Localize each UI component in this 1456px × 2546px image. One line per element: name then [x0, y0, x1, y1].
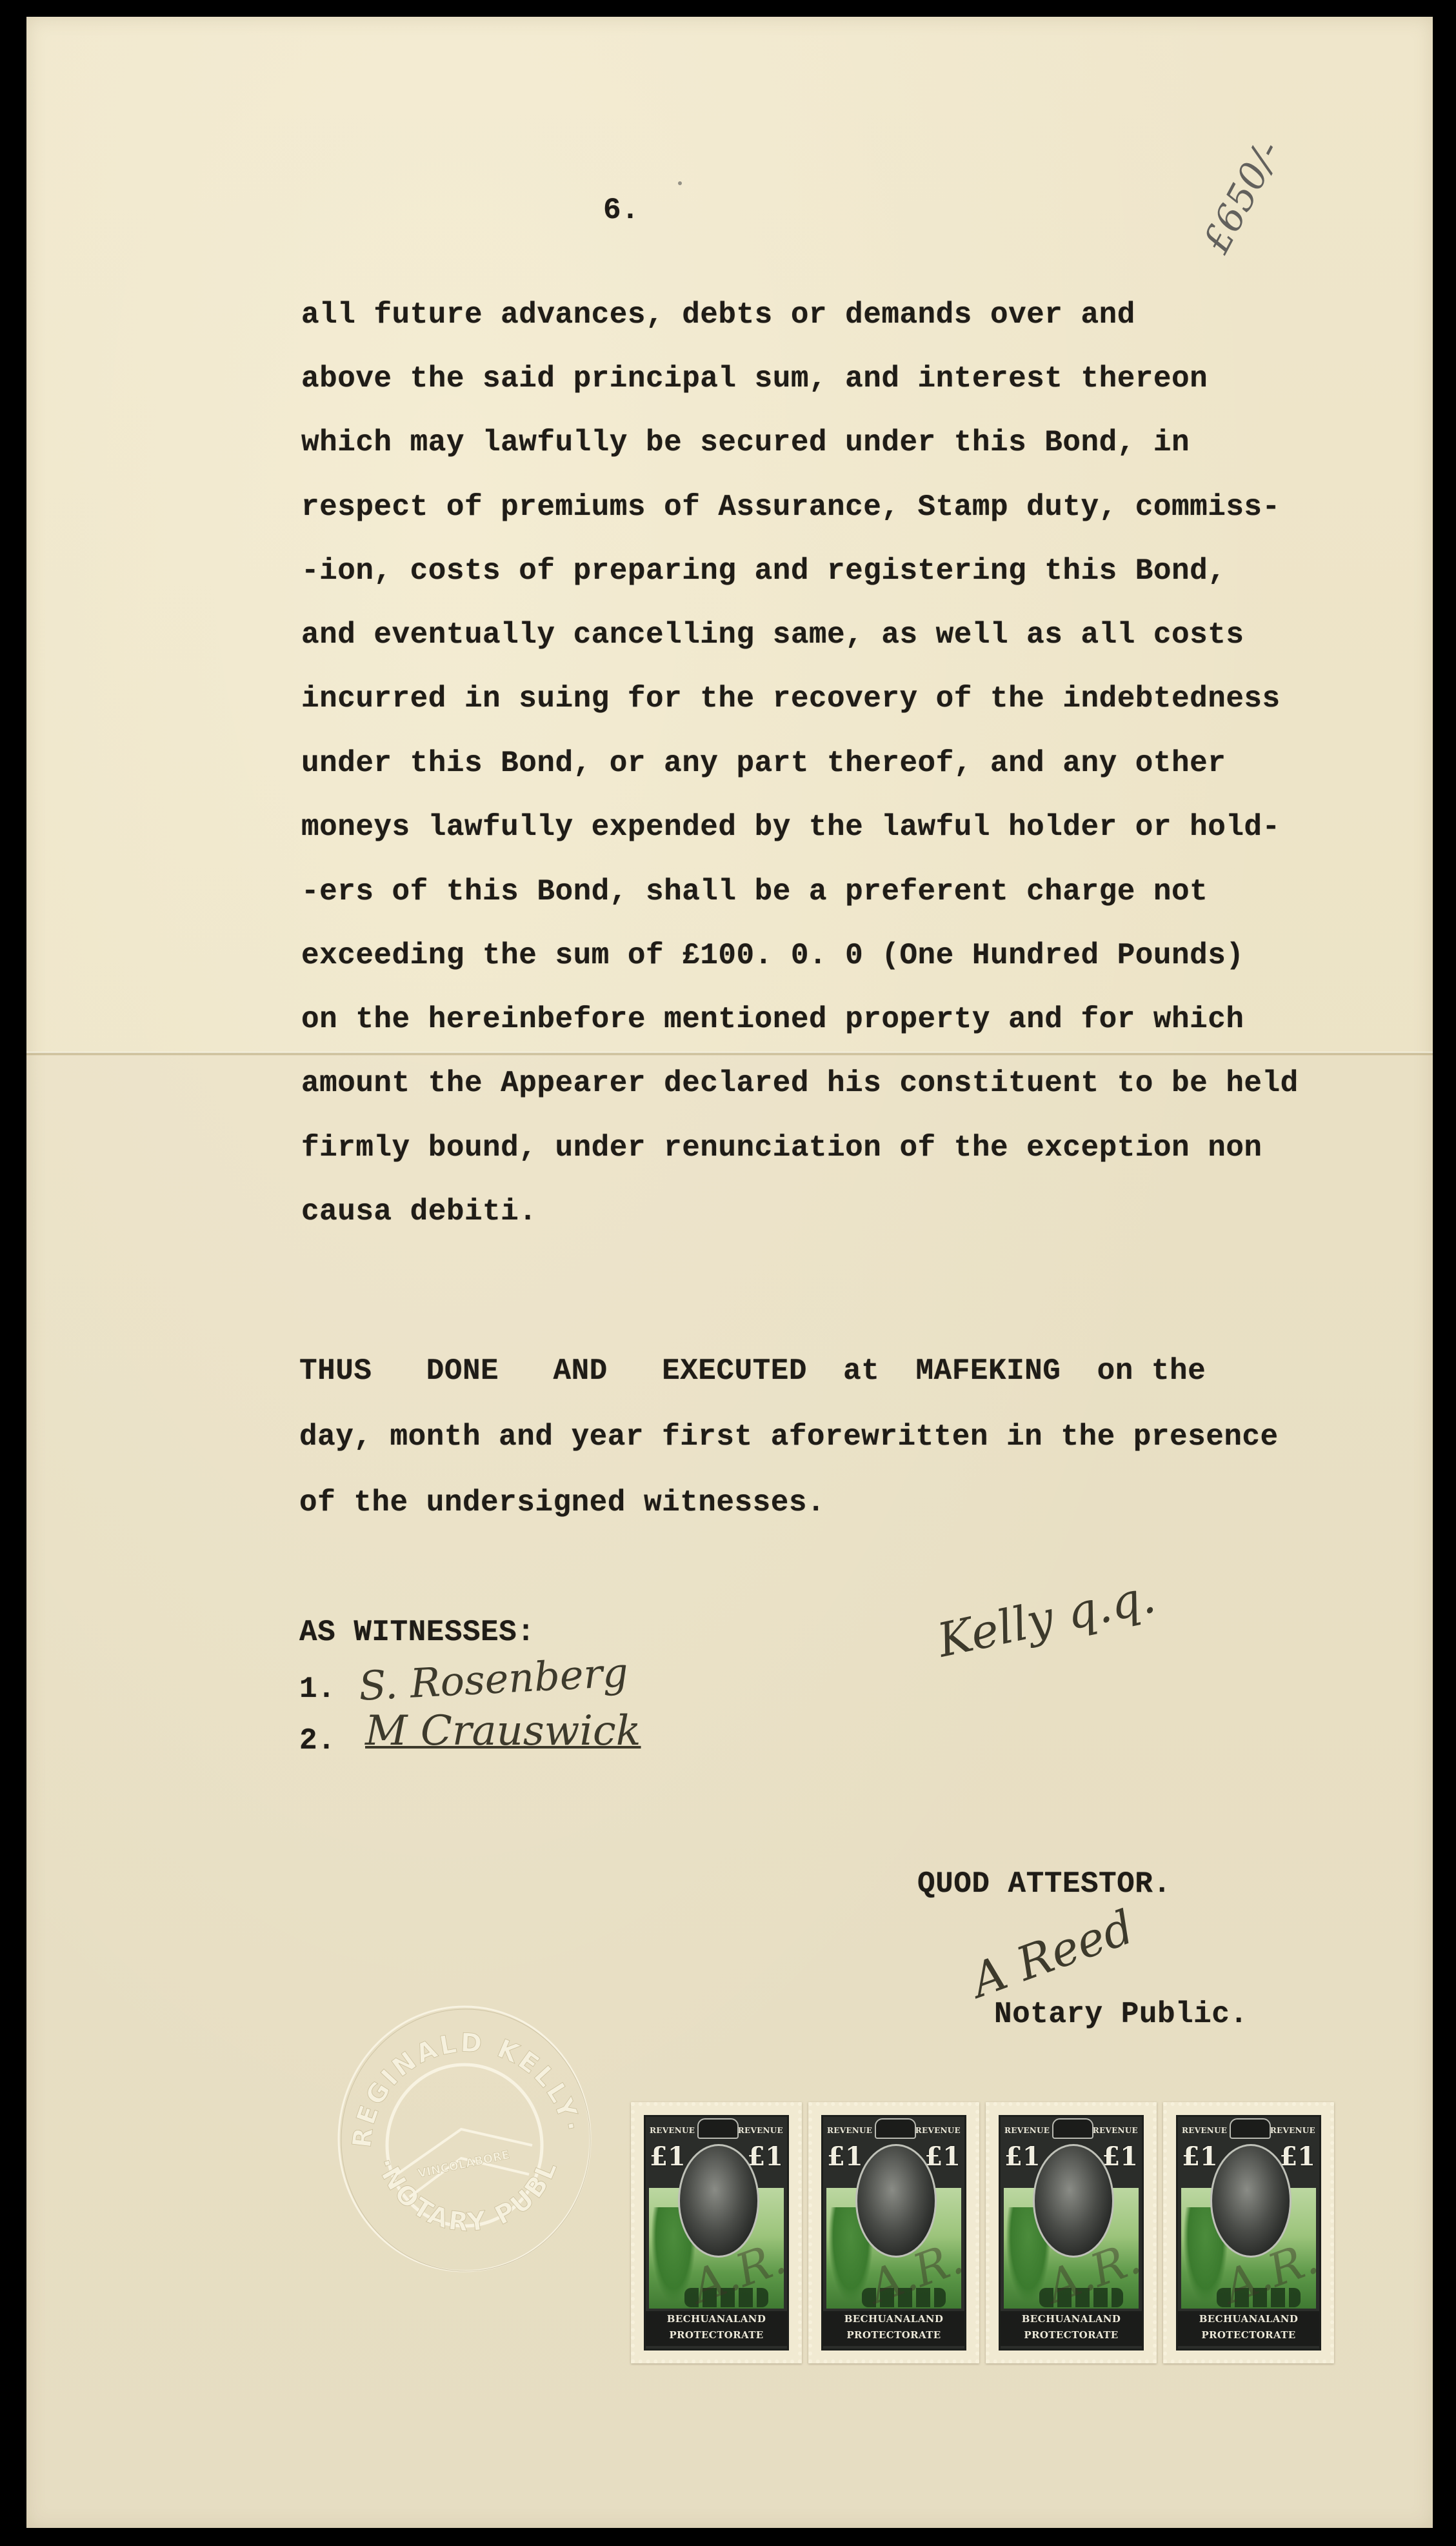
stamp-revenue-label: REVENUE: [827, 2126, 872, 2135]
body-line: firmly bound, under renunciation of the …: [301, 1131, 1262, 1165]
page-number: 6.: [603, 194, 639, 227]
document-page: 6. £650/- all future advances, debts or …: [26, 17, 1433, 2528]
stamp-revenue-label: REVENUE: [650, 2126, 695, 2135]
body-line: causa debiti.: [301, 1195, 537, 1228]
body-line: -ers of this Bond, shall be a preferent …: [301, 875, 1208, 908]
execution-line: of the undersigned witnesses.: [299, 1486, 825, 1519]
body-line: and eventually cancelling same, as well …: [301, 618, 1244, 652]
execution-line: day, month and year first aforewritten i…: [299, 1420, 1279, 1454]
body-line: exceeding the sum of £100. 0. 0 (One Hun…: [301, 939, 1244, 972]
stamp-country-name: BECHUANALAND PROTECTORATE: [646, 2311, 787, 2346]
witness-number: 1.: [299, 1672, 335, 1706]
stamp-country-name: BECHUANALAND PROTECTORATE: [1001, 2311, 1142, 2346]
revenue-stamp: REVENUE REVENUE £1 £1 A.R. BECHUANALAND …: [986, 2102, 1157, 2363]
pencil-annotation: £650/-: [1194, 133, 1290, 260]
body-line: respect of premiums of Assurance, Stamp …: [301, 490, 1281, 524]
stamp-revenue-label: REVENUE: [1270, 2126, 1315, 2135]
stamp-value: £1: [1004, 2141, 1041, 2172]
execution-line: THUS DONE AND EXECUTED at MAFEKING on th…: [299, 1354, 1206, 1388]
ink-mark: [678, 181, 682, 185]
stamp-value: £1: [1279, 2141, 1315, 2172]
body-line: under this Bond, or any part thereof, an…: [301, 747, 1226, 780]
body-line: incurred in suing for the recovery of th…: [301, 682, 1281, 716]
stamp-revenue-label: REVENUE: [738, 2126, 783, 2135]
body-line: amount the Appearer declared his constit…: [301, 1067, 1299, 1100]
stamp-value: £1: [1182, 2141, 1218, 2172]
stamp-value: £1: [747, 2141, 783, 2172]
witness-signature: M Crauswick: [365, 1707, 641, 1755]
revenue-stamp: REVENUE REVENUE £1 £1 A.R. BECHUANALAND …: [808, 2102, 979, 2363]
body-line: which may lawfully be secured under this…: [301, 426, 1190, 459]
seal-inner-text: VINCOLABORE: [417, 2148, 511, 2181]
crown-icon: [1052, 2118, 1093, 2139]
stamp-revenue-label: REVENUE: [1182, 2126, 1227, 2135]
notary-title: Notary Public.: [994, 1998, 1248, 2031]
stamp-value: £1: [650, 2141, 686, 2172]
quod-attestor-label: QUOD ATTESTOR.: [917, 1867, 1171, 1901]
revenue-stamp-strip: REVENUE REVENUE £1 £1 A.R. BECHUANALAND …: [631, 2102, 1341, 2363]
body-line: above the said principal sum, and intere…: [301, 362, 1208, 396]
stamp-value: £1: [924, 2141, 961, 2172]
stamp-country-name: BECHUANALAND PROTECTORATE: [1178, 2311, 1319, 2346]
notary-embossed-seal: REGINALD KELLY· ·NOTARY PUBLIC VINCOLABO…: [332, 2000, 597, 2278]
revenue-stamp: REVENUE REVENUE £1 £1 A.R. BECHUANALAND …: [631, 2102, 802, 2363]
paper-fold-crease: [26, 1052, 1433, 1056]
stamp-revenue-label: REVENUE: [915, 2126, 961, 2135]
body-line: on the hereinbefore mentioned property a…: [301, 1003, 1244, 1036]
crown-icon: [1230, 2118, 1271, 2139]
body-line: moneys lawfully expended by the lawful h…: [301, 810, 1281, 844]
revenue-stamp: REVENUE REVENUE £1 £1 A.R. BECHUANALAND …: [1163, 2102, 1334, 2363]
witnesses-heading: AS WITNESSES:: [299, 1616, 535, 1649]
crown-icon: [697, 2118, 739, 2139]
body-line: -ion, costs of preparing and registering…: [301, 554, 1226, 588]
stamp-revenue-label: REVENUE: [1004, 2126, 1050, 2135]
stamp-value: £1: [1102, 2141, 1138, 2172]
stamp-revenue-label: REVENUE: [1093, 2126, 1138, 2135]
stamp-value: £1: [827, 2141, 863, 2172]
stamp-country-name: BECHUANALAND PROTECTORATE: [823, 2311, 964, 2346]
crown-icon: [875, 2118, 916, 2139]
witness-number: 2.: [299, 1724, 335, 1758]
body-line: all future advances, debts or demands ov…: [301, 298, 1135, 332]
